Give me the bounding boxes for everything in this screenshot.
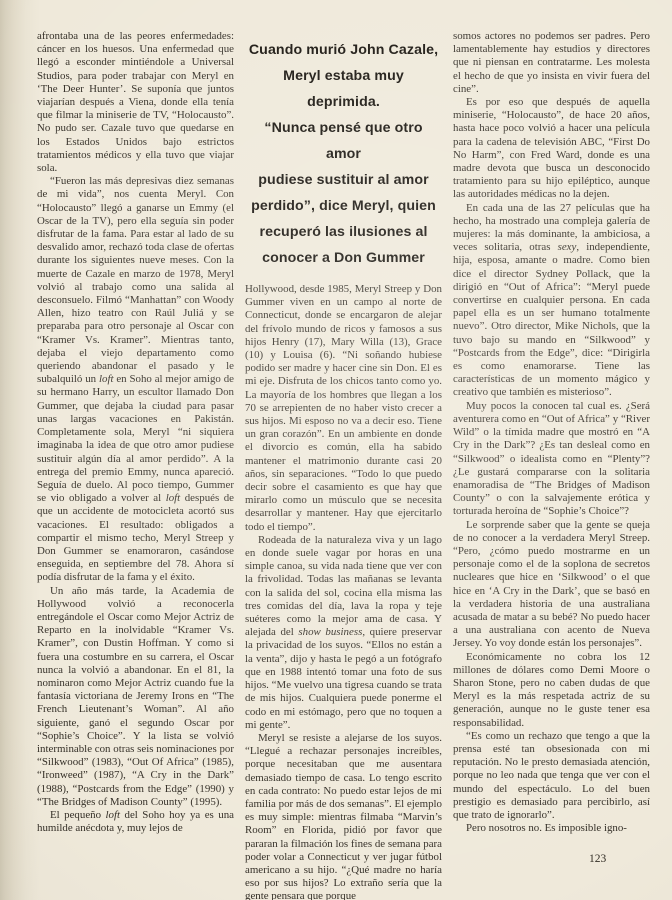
body-paragraph: Un año más tarde, la Academia de Hollywo…: [37, 585, 234, 809]
body-paragraph: Pero nosotros no. Es imposible igno-: [453, 822, 650, 835]
column-2-paragraphs: Hollywood, desde 1985, Meryl Streep y Do…: [245, 283, 442, 900]
pull-quote-line: Meryl estaba muy deprimida.: [245, 63, 442, 115]
body-paragraph: “Fueron las más depresivas diez semanas …: [37, 175, 234, 584]
pull-quote-line: perdido”, dice Meryl, quien: [245, 193, 442, 219]
pull-quote-line: pudiese sustituir al amor: [245, 167, 442, 193]
body-paragraph: Meryl se resiste a alejarse de los suyos…: [245, 732, 442, 900]
column-1: afrontaba una de las peores enfermedades…: [37, 30, 234, 900]
column-3: somos actores no podemos ser padres. Per…: [453, 30, 650, 900]
body-paragraph: Muy pocos la conocen tal cual es. ¿Será …: [453, 400, 650, 519]
body-paragraph: “Es como un rechazo que tengo a que la p…: [453, 730, 650, 822]
body-paragraph: Rodeada de la naturaleza viva y un lago …: [245, 534, 442, 732]
page-number: 123: [589, 853, 606, 865]
body-paragraph: El pequeño loft del Soho hoy ya es una h…: [37, 809, 234, 835]
body-paragraph: Económicamente no cobra los 12 millones …: [453, 651, 650, 730]
column-2: Cuando murió John Cazale,Meryl estaba mu…: [245, 30, 442, 900]
body-paragraph: somos actores no podemos ser padres. Per…: [453, 30, 650, 96]
body-paragraph: Es por eso que después de aquella minise…: [453, 96, 650, 202]
body-paragraph: afrontaba una de las peores enfermedades…: [37, 30, 234, 175]
column-3-paragraphs: somos actores no podemos ser padres. Per…: [453, 30, 650, 835]
body-paragraph: Le sorprende saber que la gente se queja…: [453, 519, 650, 651]
pull-quote-line: conocer a Don Gummer: [245, 245, 442, 271]
magazine-page: afrontaba una de las peores enfermedades…: [0, 0, 672, 900]
body-paragraph: En cada una de las 27 películas que ha h…: [453, 202, 650, 400]
body-paragraph: Hollywood, desde 1985, Meryl Streep y Do…: [245, 283, 442, 534]
pull-quote: Cuando murió John Cazale,Meryl estaba mu…: [245, 30, 442, 271]
pull-quote-line: Cuando murió John Cazale,: [245, 37, 442, 63]
pull-quote-line: “Nunca pensé que otro amor: [245, 115, 442, 167]
pull-quote-line: recuperó las ilusiones al: [245, 219, 442, 245]
column-1-paragraphs: afrontaba una de las peores enfermedades…: [37, 30, 234, 835]
article-body: afrontaba una de las peores enfermedades…: [37, 30, 650, 900]
